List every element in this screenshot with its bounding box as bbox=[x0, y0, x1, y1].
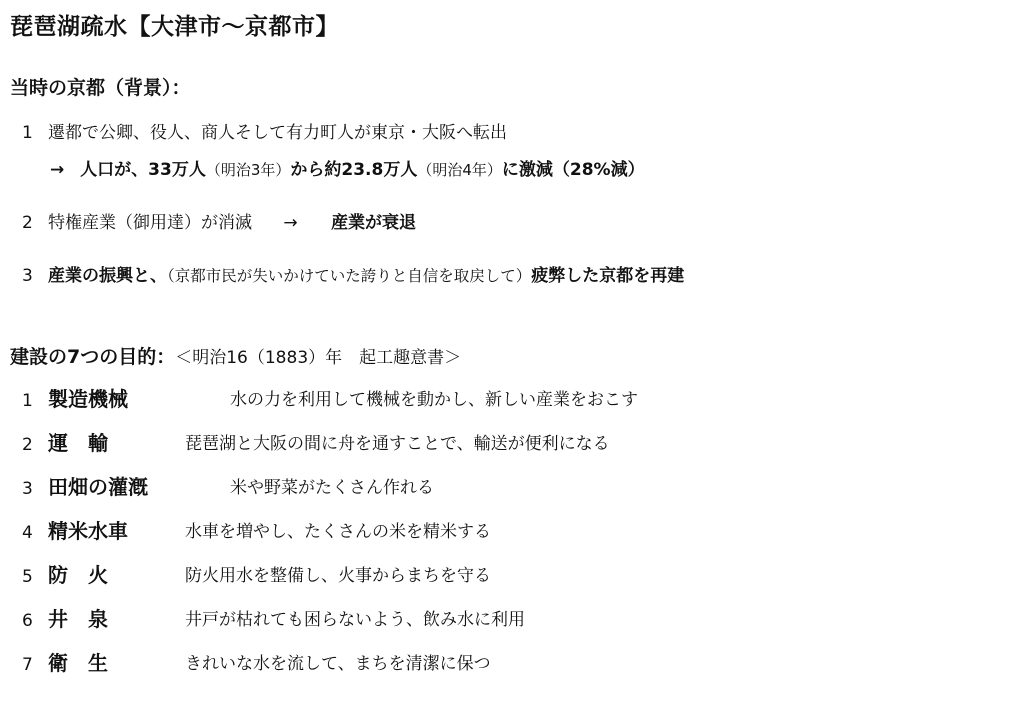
item-text-paren: （京都市民が失いかけていた誇りと自信を取戻して） bbox=[167, 267, 531, 285]
item-number: 3 bbox=[22, 266, 48, 286]
item-text: 特権産業（御用達）が消滅 bbox=[48, 213, 252, 233]
item-number: 1 bbox=[22, 123, 48, 143]
purposes-source: ＜明治16（1883）年 起工趣意書＞ bbox=[175, 348, 461, 368]
purpose-label: 防 火 bbox=[48, 563, 108, 587]
purpose-label: 衛 生 bbox=[48, 651, 108, 675]
arrow-icon: → bbox=[50, 160, 64, 180]
year-after: （明治4年） bbox=[417, 161, 502, 179]
purpose-item-5: 5防 火防火用水を整備し、火事からまちを守る bbox=[22, 559, 108, 588]
background-item-1: 1遷都で公卿、役人、商人そして有力町人が東京・大阪へ転出 bbox=[22, 118, 507, 143]
purposes-heading-text: 建設の7つの目的： bbox=[10, 346, 175, 368]
purpose-label: 田畑の灌漑 bbox=[48, 475, 148, 499]
item-text-bold-2: 疲弊した京都を再建 bbox=[531, 266, 684, 286]
item-result: 産業が衰退 bbox=[331, 213, 416, 233]
item-number: 2 bbox=[22, 435, 48, 455]
item-number: 4 bbox=[22, 523, 48, 543]
purpose-desc: 防火用水を整備し、火事からまちを守る bbox=[185, 561, 491, 586]
purpose-desc: 井戸が枯れても困らないよう、飲み水に利用 bbox=[185, 605, 525, 630]
purpose-label: 運 輸 bbox=[48, 431, 108, 455]
item-number: 1 bbox=[22, 391, 48, 411]
background-heading: 当時の京都（背景）： bbox=[10, 73, 191, 100]
purpose-item-7: 7衛 生きれいな水を流して、まちを清潔に保つ bbox=[22, 647, 108, 676]
item-number: 5 bbox=[22, 567, 48, 587]
item-number: 7 bbox=[22, 655, 48, 675]
purpose-item-1: 1製造機械水の力を利用して機械を動かし、新しい産業をおこす bbox=[22, 383, 128, 412]
purpose-label: 製造機械 bbox=[48, 387, 128, 411]
item-text: 遷都で公卿、役人、商人そして有力町人が東京・大阪へ転出 bbox=[48, 123, 507, 143]
background-item-3: 3産業の振興と、（京都市民が失いかけていた誇りと自信を取戻して）疲弊した京都を再… bbox=[22, 261, 684, 286]
page-title: 琵琶湖疏水【大津市～京都市】 bbox=[10, 8, 339, 41]
purpose-item-6: 6井 泉井戸が枯れても困らないよう、飲み水に利用 bbox=[22, 603, 108, 632]
purpose-label: 井 泉 bbox=[48, 607, 108, 631]
purpose-item-3: 3田畑の灌漑米や野菜がたくさん作れる bbox=[22, 471, 148, 500]
purpose-desc: 琵琶湖と大阪の間に舟を通すことで、輸送が便利になる bbox=[185, 429, 610, 454]
purpose-label: 精米水車 bbox=[48, 519, 128, 543]
purpose-desc: 米や野菜がたくさん作れる bbox=[230, 473, 434, 498]
background-item-1-consequence: → 人口が、33万人（明治3年）から約23.8万人（明治4年）に激減（28%減） bbox=[50, 155, 645, 180]
purpose-desc: 水の力を利用して機械を動かし、新しい産業をおこす bbox=[230, 385, 638, 410]
item-text-bold-1: 産業の振興と、 bbox=[48, 266, 167, 286]
item-number: 2 bbox=[22, 213, 48, 233]
purpose-desc: きれいな水を流して、まちを清潔に保つ bbox=[185, 649, 491, 674]
item-number: 6 bbox=[22, 611, 48, 631]
population-before: 人口が、33万人 bbox=[80, 160, 206, 180]
purpose-desc: 水車を増やし、たくさんの米を精米する bbox=[185, 517, 491, 542]
purpose-item-4: 4精米水車水車を増やし、たくさんの米を精米する bbox=[22, 515, 128, 544]
year-before: （明治3年） bbox=[206, 161, 291, 179]
decline-rate: に激減（28%減） bbox=[502, 160, 645, 180]
arrow-icon: → bbox=[283, 213, 297, 233]
population-after: から約23.8万人 bbox=[290, 160, 417, 180]
background-item-2: 2特権産業（御用達）が消滅 → 産業が衰退 bbox=[22, 208, 416, 233]
item-number: 3 bbox=[22, 479, 48, 499]
purpose-item-2: 2運 輸琵琶湖と大阪の間に舟を通すことで、輸送が便利になる bbox=[22, 427, 108, 456]
purposes-heading: 建設の7つの目的：＜明治16（1883）年 起工趣意書＞ bbox=[10, 342, 461, 369]
